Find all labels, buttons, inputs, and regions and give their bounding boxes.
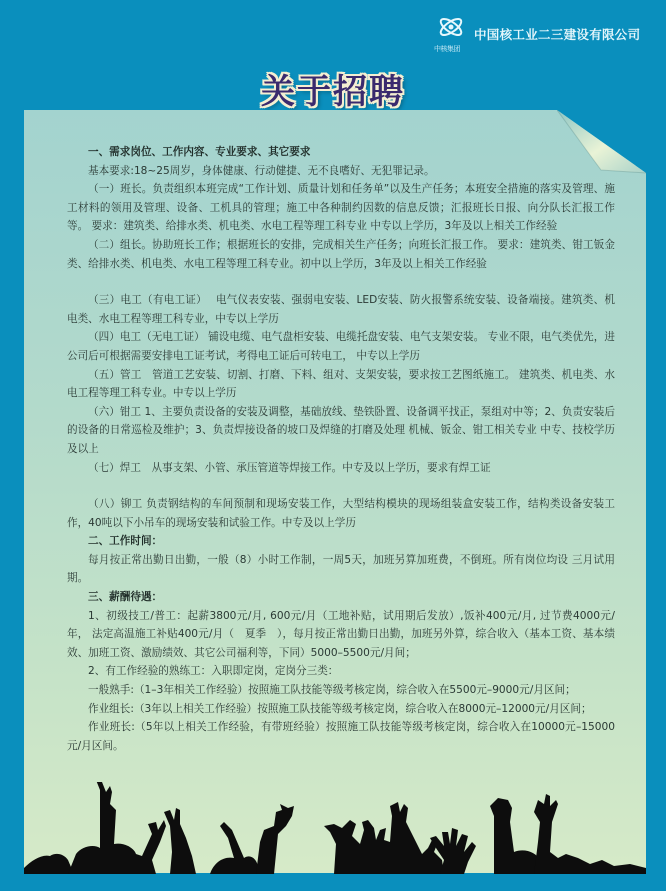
logo-subtext: 中核集团: [434, 44, 460, 54]
position-riveter: （八）铆工 负责钢结构的车间预制和现场安装工作，大型结构模块的现场组装盒安装工作…: [67, 495, 615, 532]
section-heading-work-hours: 二、工作时间：: [67, 532, 615, 551]
compensation-tier-group-leader: 作业组长:（3年以上相关工作经验）按照施工队技能等级考核定岗，综合收入在8000…: [67, 700, 615, 719]
recruitment-content: 一、需求岗位、工作内容、专业要求、其它要求 基本要求:18~25周岁，身体健康、…: [67, 143, 615, 755]
position-welder: （七）焊工 从事支架、小管、承压管道等焊接工作。中专及以上学历，要求有焊工证: [67, 459, 615, 478]
company-name: 中国核工业二三建设有限公司: [474, 25, 640, 43]
position-team-leader: （一）班长。负责组织本班完成“工作计划、质量计划和任务单”以及生产任务；本班安全…: [67, 180, 615, 236]
position-fitter: （六）钳工 1、主要负责设备的安装及调整，基础放线、垫铁卧置、设备调平找正，泵组…: [67, 403, 615, 459]
crowd-silhouette-image: [24, 782, 646, 874]
compensation-entry-level: 1、初级技工/普工：起薪3800元/月, 600元/月（工地补贴，试用期后发放）…: [67, 607, 615, 663]
position-pipefitter: （五）管工 管道工艺安装、切割、打磨、下料、组对、支架安装，要求按工艺图纸施工。…: [67, 366, 615, 403]
compensation-tier-team-leader: 作业班长:（5年以上相关工作经验，有带班经验）按照施工队技能等级考核定岗，综合收…: [67, 718, 615, 755]
position-electrician-uncertified: （四）电工（无电工证） 铺设电缆、电气盘柜安装、电缆托盘安装、电气支架安装。 专…: [67, 328, 615, 365]
basic-requirement: 基本要求:18~25周岁，身体健康、行动健捷、无不良嗜好、无犯罪记录。: [67, 162, 615, 181]
section-heading-compensation: 三、薪酬待遇：: [67, 588, 615, 607]
work-hours-body: 每月按正常出勤日出勤，一般（8）小时工作制，一周5天，加班另算加班费，不倒班。所…: [67, 551, 615, 588]
compensation-tier-general: 一般熟手:（1–3年相关工作经验）按照施工队技能等级考核定岗，综合收入在5500…: [67, 681, 615, 700]
position-group-leader: （二）组长。协助班长工作；根据班长的安排，完成相关生产任务；向班长汇报工作。 要…: [67, 236, 615, 273]
company-logo: 中核集团 中国核工业二三建设有限公司: [434, 14, 640, 54]
position-electrician-certified: （三）电工（有电工证） 电气仪表安装、强弱电安装、LED安装、防火报警系统安装、…: [67, 291, 615, 328]
compensation-experienced: 2、有工作经验的熟练工：入职即定岗，定岗分三类：: [67, 662, 615, 681]
page-title: 关于招聘: [0, 64, 666, 113]
section-heading-requirements: 一、需求岗位、工作内容、专业要求、其它要求: [67, 143, 615, 162]
atom-logo-icon: 中核集团: [434, 14, 468, 54]
